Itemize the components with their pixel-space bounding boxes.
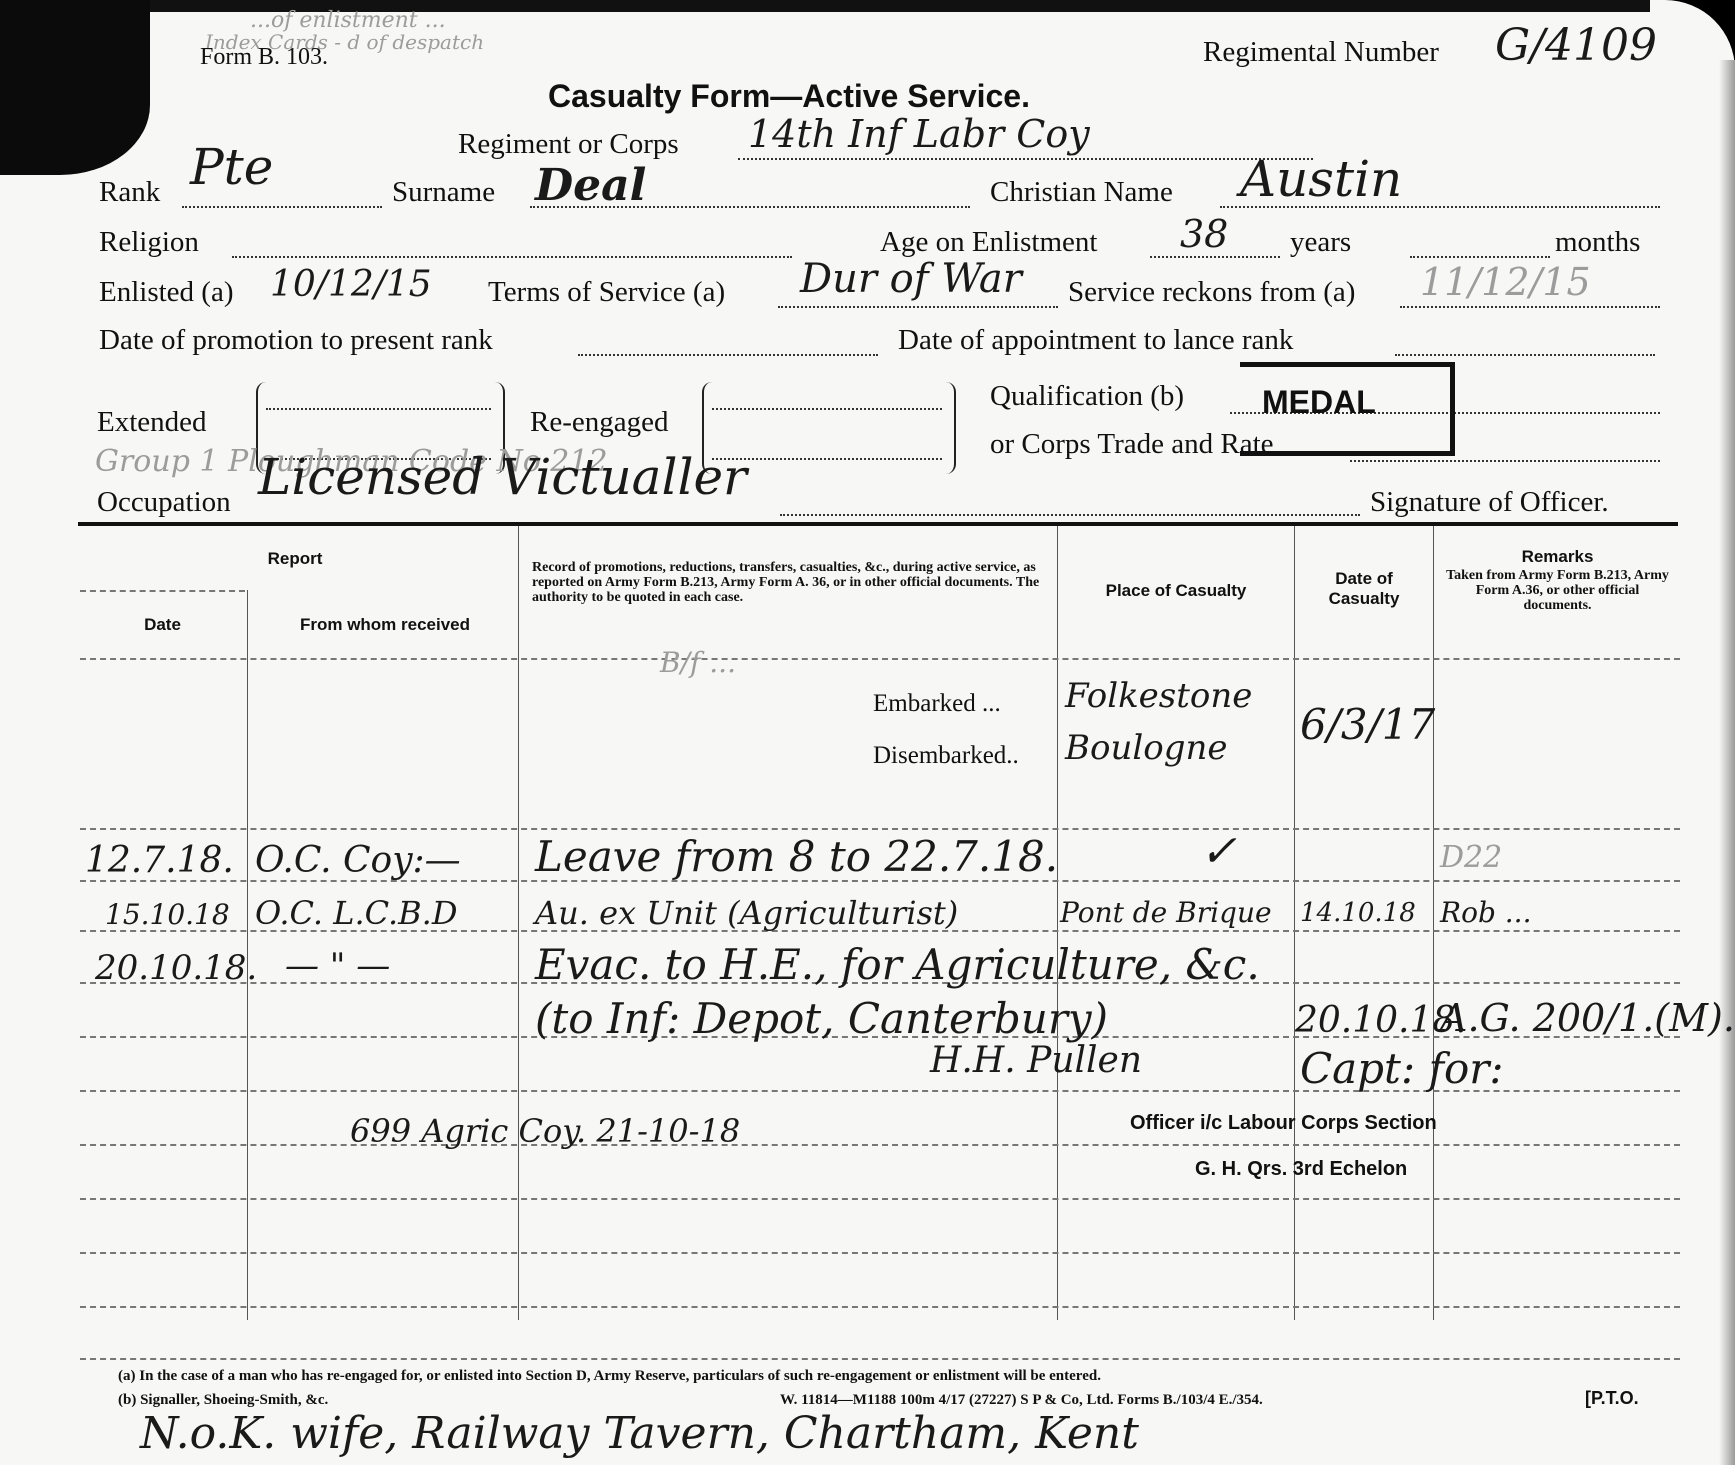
disembarked-place: Boulogne [1065,728,1227,768]
row1-check: ✓ [1200,826,1237,877]
row-line-9 [80,1252,1680,1255]
occupation-value: Licensed Victualler [258,448,747,506]
footnote-a: (a) In the case of a man who has re-enga… [118,1368,1101,1385]
print-info: W. 11814—M1188 100m 4/17 (27227) S P & C… [780,1392,1263,1409]
row-line-8 [80,1198,1680,1201]
occupation-label: Occupation [97,486,231,519]
months-dots [1410,256,1550,258]
pto: [P.T.O. [1585,1388,1639,1409]
regiment-value: 14th Inf Labr Coy [748,112,1090,156]
header-date-cas-2: Casualty [1300,590,1428,607]
row2-record: Au. ex Unit (Agriculturist) [535,894,958,932]
row-line-10 [80,1306,1680,1309]
header-remarks-sub: Taken from Army Form B.213, Army Form A.… [1440,568,1675,613]
form-number: Form B. 103. [200,44,328,71]
row2-from: O.C. L.C.B.D [255,894,458,932]
christian-name-value: Austin [1240,150,1402,208]
header-from-whom: From whom received [260,616,510,633]
regimental-number-value: G/4109 [1495,20,1657,71]
row1-date: 12.7.18. [85,840,234,881]
age-value: 38 [1180,212,1228,256]
row1-from: O.C. Coy:— [255,840,461,881]
signature-rank: Capt: for: [1300,1044,1504,1093]
enlisted-label: Enlisted (a) [99,276,233,309]
reengaged-label: Re-engaged [530,406,669,439]
months-label: months [1555,226,1640,259]
embark-date: 6/3/17 [1300,700,1435,749]
ink-blot [0,0,150,175]
reengaged-dots-1 [712,408,942,410]
religion-label: Religion [99,226,199,259]
embarked-label: Embarked ... [873,690,1001,718]
row-line-1 [80,828,1680,831]
row1-record: Leave from 8 to 22.7.18. [535,832,1058,881]
disembarked-label: Disembarked.. [873,742,1019,770]
row1-remarks: D22 [1440,840,1502,875]
page-edge-shadow-right [1719,60,1735,1465]
regimental-number-label: Regimental Number [1203,36,1439,69]
footer-line [80,1358,1680,1361]
signature-label: Signature of Officer. [1370,486,1609,519]
officer-stamp-1: Officer i/c Labour Corps Section [1130,1112,1437,1135]
header-date-cas-1: Date of [1300,570,1428,587]
signature-scrawl: H.H. Pullen [930,1040,1142,1081]
header-place: Place of Casualty [1065,582,1287,599]
header-date: Date [100,616,225,633]
lance-label: Date of appointment to lance rank [898,324,1293,357]
faint-entry: 699 Agric Coy. 21-10-18 [350,1112,740,1150]
promotion-dots [578,354,878,356]
report-sub-divider [80,590,245,593]
row-line-header [80,658,1680,661]
row2-place: Pont de Brique [1060,896,1272,929]
reckons-dots [1400,306,1660,308]
next-of-kin: N.o.K. wife, Railway Tavern, Chartham, K… [140,1408,1139,1459]
regiment-label: Regiment or Corps [458,128,679,161]
section-divider [78,522,1678,526]
row2-date-cas: 14.10.18 [1300,898,1416,928]
trade-label: or Corps Trade and Rate [990,428,1274,461]
rank-label: Rank [99,176,160,209]
age-dots [1150,256,1280,258]
medal-stamp: MEDAL [1262,384,1376,421]
promotion-label: Date of promotion to present rank [99,324,493,357]
enlisted-value: 10/12/15 [270,264,432,305]
religion-dots [232,256,792,258]
rank-value: Pte [190,138,273,196]
terms-label: Terms of Service (a) [488,276,725,309]
surname-label: Surname [392,176,495,209]
row4-record: (to Inf: Depot, Canterbury) [535,994,1108,1043]
extended-dots-1 [266,408,491,410]
reckons-value: 11/12/15 [1420,260,1591,304]
extended-label: Extended [97,406,207,439]
row-line-7 [80,1144,1680,1147]
age-label: Age on Enlistment [880,226,1097,259]
row4-remarks: A.G. 200/1.(M). [1440,996,1735,1040]
header-remarks: Remarks [1440,548,1675,565]
signature-dots [780,514,1360,516]
terms-value: Dur of War [800,256,1022,302]
christian-name-label: Christian Name [990,176,1173,209]
trade-dots [1350,460,1660,462]
terms-dots [778,306,1058,308]
rank-dots [182,206,382,208]
header-record: Record of promotions, reductions, transf… [532,560,1052,605]
footnote-b: (b) Signaller, Shoeing-Smith, &c. [118,1392,328,1409]
document-page [0,0,1735,1465]
embarked-place: Folkestone [1065,676,1252,716]
row3-record: Evac. to H.E., for Agriculture, &c. [535,940,1260,989]
row3-from: — " — [285,946,390,986]
form-title: Casualty Form—Active Service. [548,78,1030,115]
regiment-dots [738,158,1313,160]
faint-top-note: B/f ... [660,646,736,679]
header-report: Report [220,550,370,567]
qualification-label: Qualification (b) [990,380,1184,413]
lance-dots [1395,354,1655,356]
years-label: years [1290,226,1351,259]
reckons-label: Service reckons from (a) [1068,276,1355,309]
row2-remarks: Rob ... [1440,896,1531,929]
row2-date: 15.10.18 [105,898,230,931]
row3-date: 20.10.18. [95,948,257,988]
surname-value: Deal [535,160,646,211]
officer-stamp-2: G. H. Qrs. 3rd Echelon [1195,1158,1407,1181]
